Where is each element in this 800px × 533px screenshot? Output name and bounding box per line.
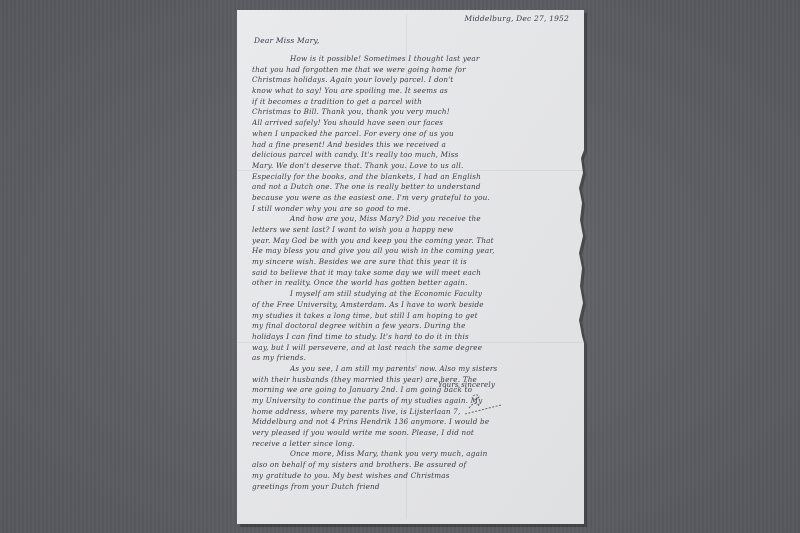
letter-line: with their husbands (they married this y… bbox=[252, 375, 570, 386]
letter-line: had a fine present! And besides this we … bbox=[252, 140, 570, 151]
letter-line: year. May God be with you and keep you t… bbox=[252, 236, 570, 247]
letter-line: when I unpacked the parcel. For every on… bbox=[252, 129, 570, 140]
letter-date: Middelburg, Dec 27, 1952 bbox=[464, 14, 569, 25]
letter-line: All arrived safely! You should have seen… bbox=[252, 118, 570, 129]
letter-line: home address, where my parents live, is … bbox=[252, 407, 570, 418]
letter-line: I still wonder why you are so good to me… bbox=[252, 204, 570, 215]
letter-line: very pleased if you would write me soon.… bbox=[252, 428, 570, 439]
letter-line: delicious parcel with candy. It's really… bbox=[252, 150, 570, 161]
letter-line: Christmas holidays. Again your lovely pa… bbox=[252, 75, 570, 86]
letter-line: receive a letter since long. bbox=[252, 439, 570, 450]
letter-line: holidays I can find time to study. It's … bbox=[252, 332, 570, 343]
letter-line: if it becomes a tradition to get a parce… bbox=[252, 97, 570, 108]
letter-line: letters we sent last? I want to wish you… bbox=[252, 225, 570, 236]
letter-line: know what to say! You are spoiling me. I… bbox=[252, 86, 570, 97]
letter-line: my sincere wish. Besides we are sure tha… bbox=[252, 257, 570, 268]
letter-line: Mary. We don't deserve that. Thank you. … bbox=[252, 161, 570, 172]
letter-line: way, but I will persevere, and at last r… bbox=[252, 343, 570, 354]
letter-closing: Yours sincerely bbox=[438, 380, 495, 391]
letter-line: of the Free University, Amsterdam. As I … bbox=[252, 300, 570, 311]
letter-line: greetings from your Dutch friend bbox=[252, 482, 570, 493]
letter-salutation: Dear Miss Mary, bbox=[254, 36, 319, 47]
letter-line: other in reality. Once the world has got… bbox=[252, 278, 570, 289]
letter-line: As you see, I am still my parents' now. … bbox=[252, 364, 570, 375]
letter-line: And how are you, Miss Mary? Did you rece… bbox=[252, 214, 570, 225]
letter-line: Middelburg and not 4 Prins Hendrik 136 a… bbox=[252, 417, 570, 428]
letter-line: and not a Dutch one. The one is really b… bbox=[252, 182, 570, 193]
letter-line: He may bless you and give you all you wi… bbox=[252, 246, 570, 257]
letter-line: that you had forgotten me that we were g… bbox=[252, 65, 570, 76]
letter-line: Especially for the books, and the blanke… bbox=[252, 172, 570, 183]
signature-scribble-icon bbox=[457, 392, 507, 418]
letter-body: How is it possible! Sometimes I thought … bbox=[252, 54, 570, 492]
letter-line: my studies it takes a long time, but sti… bbox=[252, 311, 570, 322]
letter-line: I myself am still studying at the Econom… bbox=[252, 289, 570, 300]
letter-line: because you were as the easiest one. I'm… bbox=[252, 193, 570, 204]
letter-line: my University to continue the parts of m… bbox=[252, 396, 570, 407]
letter-line: also on behalf of my sisters and brother… bbox=[252, 460, 570, 471]
letter-line: Once more, Miss Mary, thank you very muc… bbox=[252, 449, 570, 460]
letter-line: said to believe that it may take some da… bbox=[252, 268, 570, 279]
letter-line: morning we are going to January 2nd. I a… bbox=[252, 385, 570, 396]
handwritten-letter: Middelburg, Dec 27, 1952 Dear Miss Mary,… bbox=[252, 14, 577, 514]
letter-line: Christmas to Bill. Thank you, thank you … bbox=[252, 107, 570, 118]
signature bbox=[457, 392, 507, 422]
letter-line: my final doctoral degree within a few ye… bbox=[252, 321, 570, 332]
letter-line: How is it possible! Sometimes I thought … bbox=[252, 54, 570, 65]
letter-line: my gratitude to you. My best wishes and … bbox=[252, 471, 570, 482]
letter-line: as my friends. bbox=[252, 353, 570, 364]
